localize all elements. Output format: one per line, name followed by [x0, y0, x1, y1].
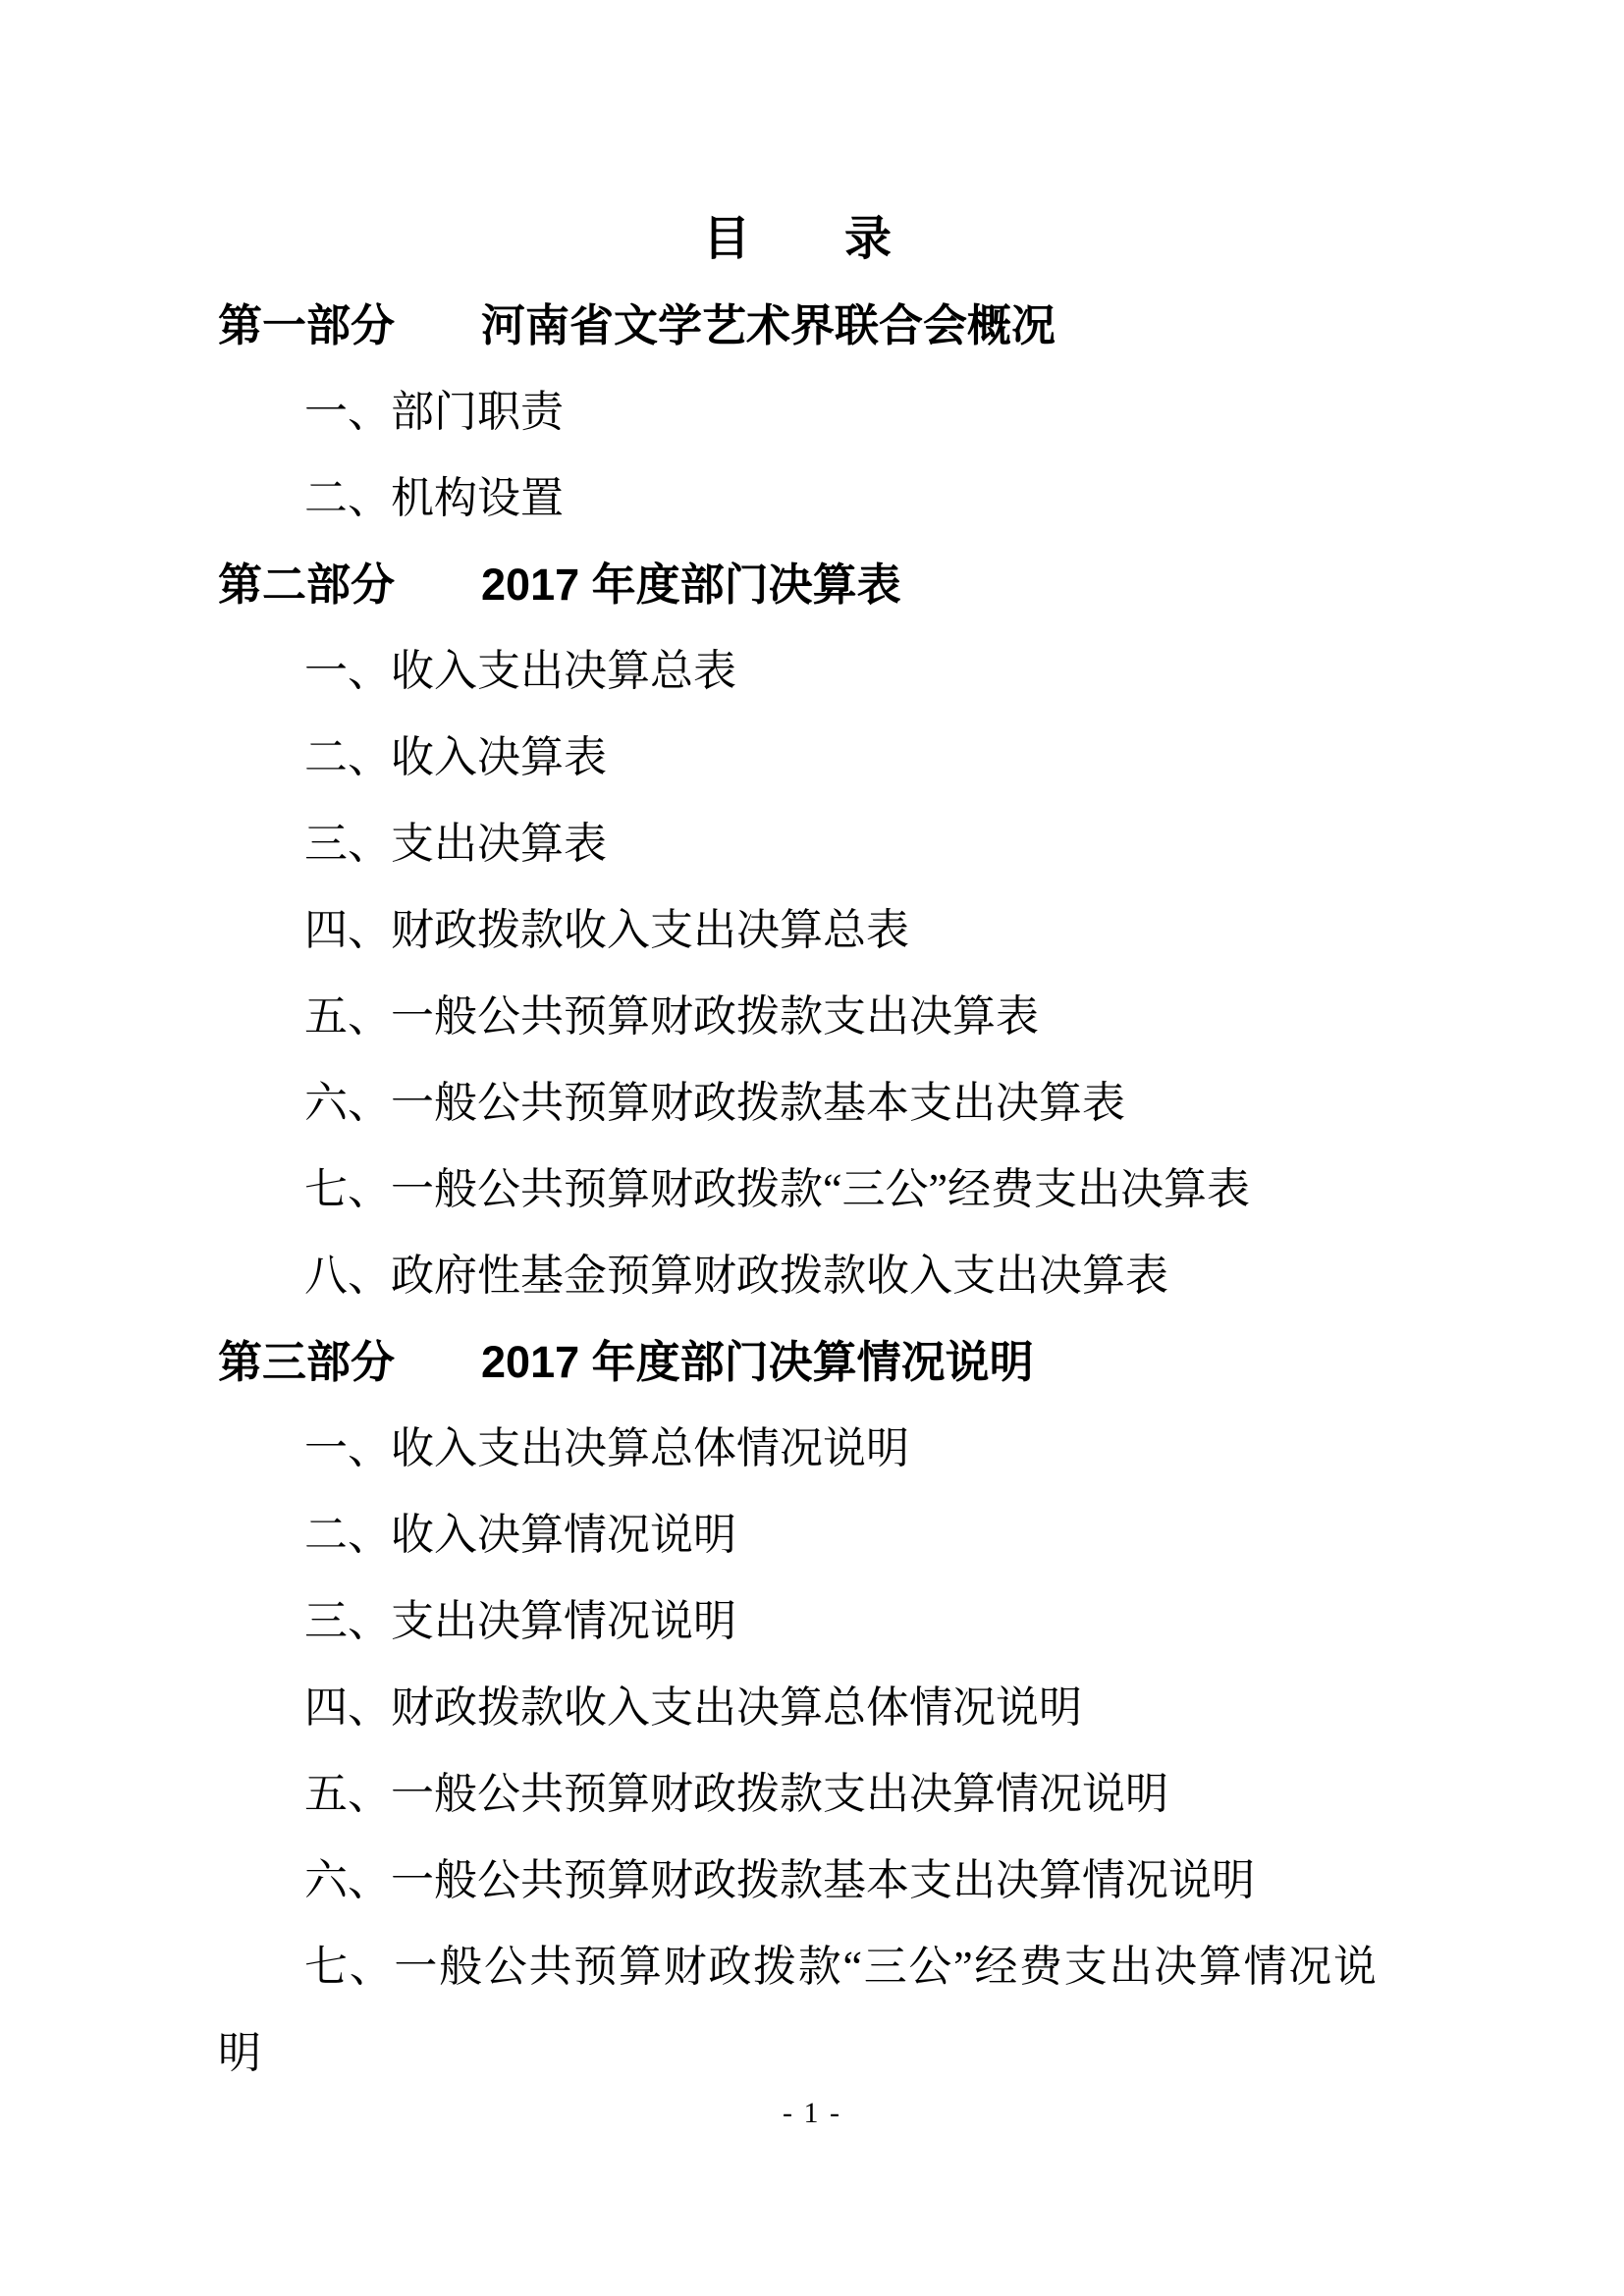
section-label: 第二部分 — [218, 560, 395, 610]
toc-item: 七、一般公共预算财政拨款“三公”经费支出决算表 — [218, 1147, 1377, 1233]
section-label: 第一部分 — [218, 300, 395, 350]
toc-item: 二、收入决算表 — [218, 715, 1377, 801]
section-title: 河南省文学艺术界联合会概况 — [481, 300, 1056, 350]
toc-item: 五、一般公共预算财政拨款支出决算情况说明 — [218, 1751, 1377, 1838]
toc-item: 一、部门职责 — [218, 369, 1377, 455]
heading-gap — [395, 340, 481, 341]
toc-item: 七、一般公共预算财政拨款“三公”经费支出决算情况说明 — [218, 1924, 1377, 2097]
section-heading: 第一部分河南省文学艺术界联合会概况 — [218, 283, 1377, 369]
toc-item: 三、支出决算表 — [218, 801, 1377, 887]
section-label: 第三部分 — [218, 1337, 395, 1387]
toc-item: 二、机构设置 — [218, 455, 1377, 542]
toc-item: 一、收入支出决算总体情况说明 — [218, 1406, 1377, 1492]
heading-gap — [395, 1376, 481, 1377]
toc-item: 六、一般公共预算财政拨款基本支出决算情况说明 — [218, 1838, 1377, 1924]
heading-gap — [395, 599, 481, 600]
section-heading: 第三部分2017 年度部门决算情况说明 — [218, 1319, 1377, 1406]
toc-item: 三、支出决算情况说明 — [218, 1578, 1377, 1665]
toc-content: 目 录 第一部分河南省文学艺术界联合会概况一、部门职责二、机构设置第二部分201… — [218, 196, 1377, 2097]
toc-item: 五、一般公共预算财政拨款支出决算表 — [218, 974, 1377, 1060]
toc-item: 四、财政拨款收入支出决算总体情况说明 — [218, 1665, 1377, 1751]
page-number: - 1 - — [0, 2097, 1624, 2129]
toc-item: 二、收入决算情况说明 — [218, 1492, 1377, 1578]
document-page: 目 录 第一部分河南省文学艺术界联合会概况一、部门职责二、机构设置第二部分201… — [0, 0, 1624, 2296]
toc-item: 八、政府性基金预算财政拨款收入支出决算表 — [218, 1233, 1377, 1319]
toc-item: 四、财政拨款收入支出决算总表 — [218, 887, 1377, 974]
section-title: 2017 年度部门决算情况说明 — [481, 1337, 1034, 1387]
toc-item: 六、一般公共预算财政拨款基本支出决算表 — [218, 1060, 1377, 1147]
section-heading: 第二部分2017 年度部门决算表 — [218, 542, 1377, 628]
section-title: 2017 年度部门决算表 — [481, 560, 901, 610]
page-title: 目 录 — [218, 196, 1377, 283]
toc-item: 一、收入支出决算总表 — [218, 628, 1377, 715]
